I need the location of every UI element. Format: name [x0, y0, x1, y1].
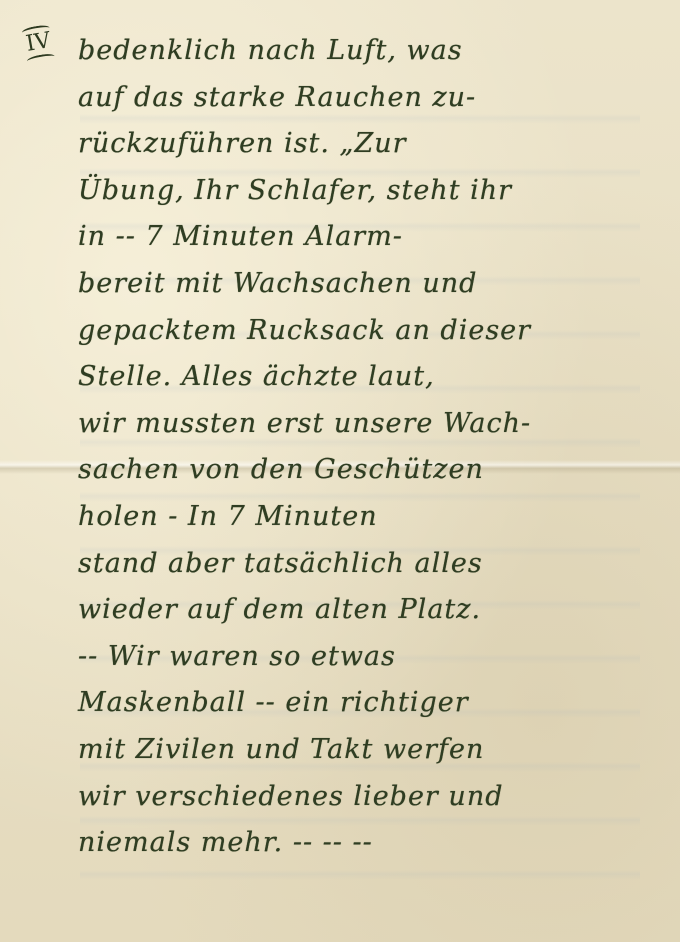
- text-line: -- Wir waren so etwas: [78, 634, 668, 681]
- text-line: bereit mit Wachsachen und: [78, 261, 668, 308]
- text-line: Übung, Ihr Schlafer, steht ihr: [78, 168, 668, 215]
- text-line: mit Zivilen und Takt werfen: [78, 727, 668, 774]
- letter-page: IV bedenklich nach Luft, was auf das sta…: [0, 0, 680, 942]
- text-line: rückzuführen ist. „Zur: [78, 121, 668, 168]
- text-line: holen - In 7 Minuten: [78, 494, 668, 541]
- text-line: stand aber tatsächlich alles: [78, 541, 668, 588]
- text-line: wir mussten erst unsere Wach-: [78, 401, 668, 448]
- text-line: in -- 7 Minuten Alarm-: [78, 214, 668, 261]
- text-line: sachen von den Geschützen: [78, 447, 668, 494]
- text-line: bedenklich nach Luft, was: [78, 28, 668, 75]
- text-line: auf das starke Rauchen zu-: [78, 75, 668, 122]
- text-line: niemals mehr. -- -- --: [78, 820, 668, 867]
- text-line: wieder auf dem alten Platz.: [78, 587, 668, 634]
- text-line: Stelle. Alles ächzte laut,: [78, 354, 668, 401]
- page-number: IV: [24, 28, 53, 57]
- handwritten-text: bedenklich nach Luft, was auf das starke…: [78, 28, 668, 867]
- text-line: gepacktem Rucksack an dieser: [78, 308, 668, 355]
- text-line: Maskenball -- ein richtiger: [78, 680, 668, 727]
- text-line: wir verschiedenes lieber und: [78, 774, 668, 821]
